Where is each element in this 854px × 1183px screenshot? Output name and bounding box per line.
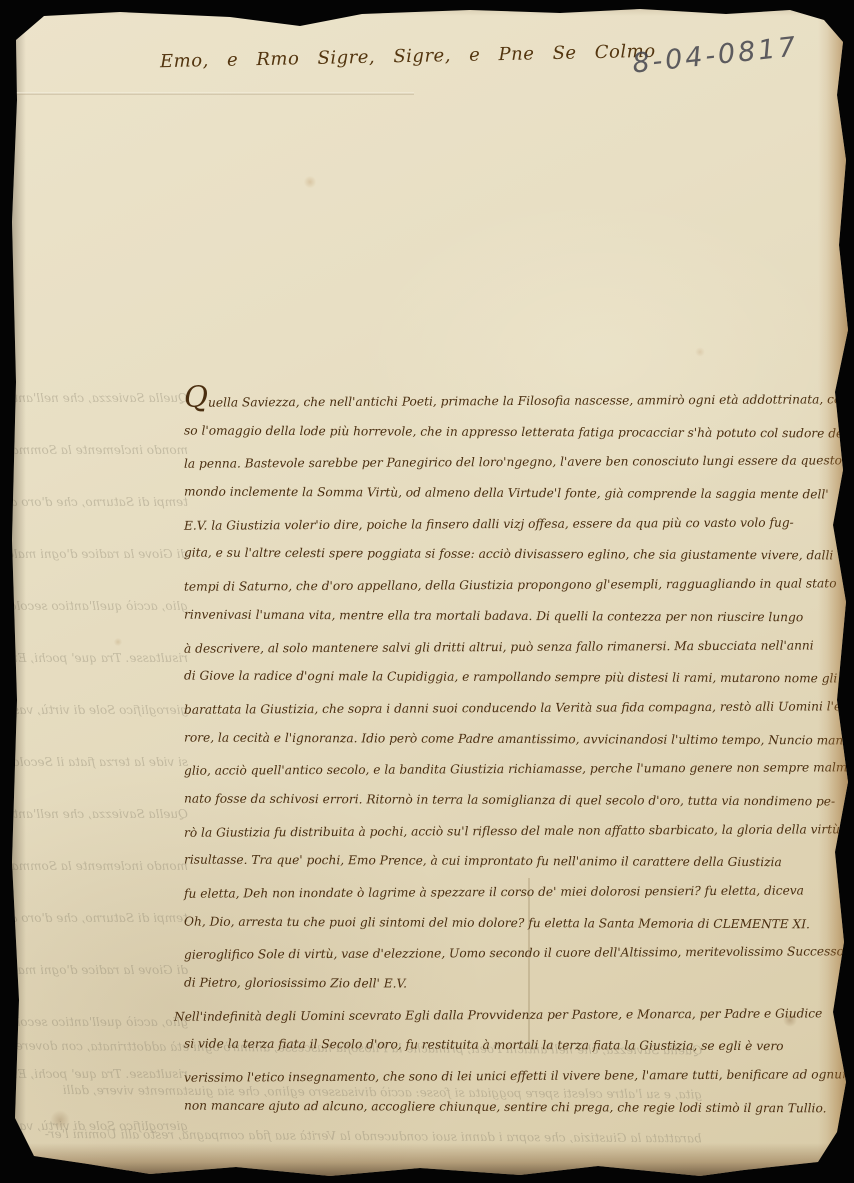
archival-number: 8-04-0817	[631, 31, 800, 79]
manuscript-line: rinvenivasi l'umana vita, mentre ella tr…	[184, 599, 846, 633]
manuscript-line: si vide la terza fiata il Secolo d'oro, …	[184, 1029, 846, 1063]
scan-background: Quella Saviezza, che nell'antichi Poeti,…	[0, 0, 854, 1183]
manuscript-line: la penna. Bastevole sarebbe per Panegiri…	[184, 446, 846, 480]
manuscript-line: barattata la Giustizia, che sopra i dann…	[184, 691, 846, 725]
manuscript-line: gieroglifico Sole di virtù, vase d'elezz…	[184, 937, 846, 971]
manuscript-line: nato fosse da schivosi errori. Ritornò i…	[184, 783, 846, 817]
letter-body: Quella Saviezza, che nell'antichi Poeti,…	[184, 386, 846, 1123]
manuscript-line: Quella Saviezza, che nell'antichi Poeti,…	[184, 384, 846, 418]
bleedthrough-line: di Giove la radice d'ogni male la Cupidi…	[6, 944, 188, 996]
bleedthrough-line: glio, acciò quell'antico secolo, e la ba…	[6, 996, 188, 1048]
bleedthrough-line: risultasse. Tra que' pochi, Emo Prence, …	[6, 1048, 188, 1100]
bleedthrough-line: si vide la terza fiata il Secolo d'oro, …	[6, 736, 188, 788]
bleedthrough-line: Quella Saviezza, che nell'antichi Poeti,…	[6, 372, 188, 424]
manuscript-line: Nell'indefinità degli Uomini scevrato Eg…	[174, 998, 846, 1032]
torn-edge-bottom	[0, 1143, 854, 1183]
manuscript-line: gita, e su l'altre celesti spere poggiat…	[184, 538, 846, 572]
bleedthrough-line: mondo inclemente la Somma Virtù, od alme…	[6, 424, 188, 476]
ink-bleedthrough-left: Quella Saviezza, che nell'antichi Poeti,…	[6, 372, 188, 1152]
page-left-shadow	[8, 0, 26, 1183]
bleedthrough-line: Quella Saviezza, che nell'antichi Poeti,…	[6, 788, 188, 840]
manuscript-line: glio, acciò quell'antico secolo, e la ba…	[184, 753, 846, 787]
bleedthrough-line: tempi di Saturno, che d'oro appellano, d…	[6, 476, 188, 528]
horizontal-crease	[14, 92, 414, 95]
torn-edge-top	[0, 0, 854, 16]
bleedthrough-line: risultasse. Tra que' pochi, Emo Prence, …	[6, 632, 188, 684]
manuscript-line: rore, la cecità e l'ignoranza. Idio però…	[184, 722, 846, 756]
manuscript-line: tempi di Saturno, che d'oro appellano, d…	[184, 568, 846, 602]
manuscript-line: fu eletta, Deh non inondate ò lagrime à …	[184, 875, 846, 909]
letter-page: Quella Saviezza, che nell'antichi Poeti,…	[0, 0, 854, 1183]
manuscript-line: E.V. la Giustizia voler'io dire, poiche …	[184, 507, 846, 541]
manuscript-line: risultasse. Tra que' pochi, Emo Prence, …	[184, 845, 846, 879]
bleedthrough-line: glio, acciò quell'antico secolo, e la ba…	[6, 580, 188, 632]
manuscript-line: di Pietro, gloriosissimo Zio dell' E.V.	[184, 968, 846, 1002]
bleedthrough-line: gieroglifico Sole di virtù, vase d'elezz…	[6, 1100, 188, 1152]
manuscript-line: verissimo l'etico insegnamento, che sono…	[184, 1059, 846, 1093]
salutation-line: Emo, e Rmo Sigre, Sigre, e Pne Se Colmo	[160, 41, 656, 72]
manuscript-line: so l'omaggio della lode più horrevole, c…	[184, 415, 846, 449]
manuscript-line: à descrivere, al solo mantenere salvi gl…	[184, 630, 846, 664]
manuscript-line: non mancare ajuto ad alcuno, accogliere …	[184, 1090, 846, 1124]
bleedthrough-line: gieroglifico Sole di virtù, vase d'elezz…	[6, 684, 188, 736]
manuscript-line: di Giove la radice d'ogni male la Cupidi…	[184, 661, 846, 695]
manuscript-line: Oh, Dio, arresta tu che puoi gli sintomi…	[184, 906, 846, 940]
bleedthrough-line: mondo inclemente la Somma Virtù, od alme…	[6, 840, 188, 892]
manuscript-line: rò la Giustizia fu distribuita à pochi, …	[184, 814, 846, 848]
bleedthrough-line: tempi di Saturno, che d'oro appellano, d…	[6, 892, 188, 944]
manuscript-line: mondo inclemente la Somma Virtù, od alme…	[184, 477, 846, 511]
bleedthrough-line: di Giove la radice d'ogni male la Cupidi…	[6, 528, 188, 580]
